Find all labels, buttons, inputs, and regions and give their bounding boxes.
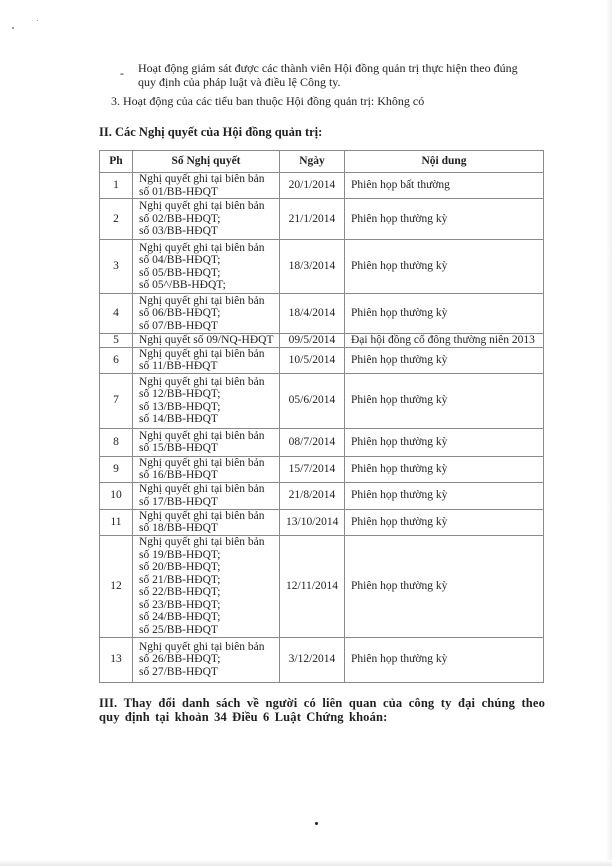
- resolution-date: 20/1/2014: [280, 173, 345, 199]
- table-row: 9Nghị quyết ghi tại biên bảnsố 16/BB-HĐQ…: [100, 456, 544, 482]
- resolution-date: 08/7/2014: [280, 428, 345, 456]
- table-row: 5Nghị quyết số 09/NQ-HĐQT09/5/2014Đại hộ…: [100, 334, 544, 348]
- table-header-row: Ph Số Nghị quyết Ngày Nội dung: [100, 151, 544, 173]
- table-row: 6Nghị quyết ghi tại biên bảnsố 11/BB-HĐQ…: [100, 347, 544, 373]
- row-number: 6: [100, 347, 133, 373]
- resolution-content: Phiên họp thường kỳ: [345, 294, 544, 334]
- row-number: 13: [100, 637, 133, 682]
- resolution-line: Nghị quyết ghi tại biên bản: [139, 376, 273, 389]
- resolution-line: Nghị quyết ghi tại biên bản: [139, 641, 273, 654]
- page-edge-right: [606, 0, 612, 866]
- resolution-date: 18/3/2014: [280, 240, 345, 294]
- resolution-numbers: Nghị quyết ghi tại biên bảnsố 06/BB-HĐQT…: [133, 294, 280, 334]
- resolution-line: Nghị quyết ghi tại biên bản: [139, 510, 273, 523]
- resolution-line: số 05^/BB-HĐQT;: [139, 279, 273, 292]
- resolution-content: Phiên họp thường kỳ: [345, 637, 544, 682]
- resolution-line: Nghị quyết ghi tại biên bản: [139, 295, 273, 308]
- header-date: Ngày: [280, 151, 345, 173]
- resolution-date: 13/10/2014: [280, 509, 345, 535]
- table-row: 13Nghị quyết ghi tại biên bảnsố 26/BB-HĐ…: [100, 637, 544, 682]
- resolution-content: Phiên họp thường kỳ: [345, 240, 544, 294]
- resolution-line: Nghị quyết số 09/NQ-HĐQT: [139, 334, 273, 347]
- resolution-line: Nghị quyết ghi tại biên bản: [139, 457, 273, 470]
- resolution-numbers: Nghị quyết ghi tại biên bảnsố 11/BB-HĐQT: [133, 347, 280, 373]
- resolution-numbers: Nghị quyết số 09/NQ-HĐQT: [133, 334, 280, 348]
- resolutions-table: Ph Số Nghị quyết Ngày Nội dung 1Nghị quy…: [99, 150, 544, 683]
- table-row: 8Nghị quyết ghi tại biên bảnsố 15/BB-HĐQ…: [100, 428, 544, 456]
- resolution-content: Phiên họp thường kỳ: [345, 199, 544, 240]
- resolution-line: số 06/BB-HĐQT;: [139, 307, 273, 320]
- resolution-date: 21/1/2014: [280, 199, 345, 240]
- resolution-numbers: Nghị quyết ghi tại biên bảnsố 26/BB-HĐQT…: [133, 637, 280, 682]
- resolution-line: số 14/BB-HĐQT: [139, 413, 273, 426]
- resolution-line: số 24/BB-HĐQT;: [139, 611, 273, 624]
- resolution-line: số 21/BB-HĐQT;: [139, 574, 273, 587]
- resolution-numbers: Nghị quyết ghi tại biên bảnsố 17/BB-HĐQT: [133, 482, 280, 509]
- resolution-numbers: Nghị quyết ghi tại biên bảnsố 02/BB-HĐQT…: [133, 199, 280, 240]
- row-number: 3: [100, 240, 133, 294]
- resolution-date: 09/5/2014: [280, 334, 345, 348]
- resolution-content: Phiên họp thường kỳ: [345, 482, 544, 509]
- row-number: 11: [100, 509, 133, 535]
- resolution-numbers: Nghị quyết ghi tại biên bảnsố 15/BB-HĐQT: [133, 428, 280, 456]
- row-number: 12: [100, 535, 133, 637]
- resolution-line: số 03/BB-HĐQT: [139, 225, 273, 238]
- resolution-line: số 27/BB-HĐQT: [139, 666, 273, 679]
- bullet-line: quy định của pháp luật và điều lệ Công t…: [138, 75, 518, 89]
- bullet-line: Hoạt động giám sát được các thành viên H…: [138, 61, 518, 75]
- item-3-committees: 3. Hoạt động của các tiểu ban thuộc Hội …: [111, 94, 424, 108]
- table-row: 3Nghị quyết ghi tại biên bảnsố 04/BB-HĐQ…: [100, 240, 544, 294]
- resolution-content: Phiên họp thường kỳ: [345, 535, 544, 637]
- row-number: 10: [100, 482, 133, 509]
- resolution-line: số 22/BB-HĐQT;: [139, 586, 273, 599]
- resolution-date: 21/8/2014: [280, 482, 345, 509]
- header-no: Ph: [100, 151, 133, 173]
- resolution-line: số 02/BB-HĐQT;: [139, 213, 273, 226]
- resolution-date: 12/11/2014: [280, 535, 345, 637]
- resolution-content: Phiên họp thường kỳ: [345, 456, 544, 482]
- resolution-date: 3/12/2014: [280, 637, 345, 682]
- row-number: 2: [100, 199, 133, 240]
- resolution-numbers: Nghị quyết ghi tại biên bảnsố 16/BB-HĐQT: [133, 456, 280, 482]
- resolution-line: số 23/BB-HĐQT;: [139, 599, 273, 612]
- section-3-heading: III. Thay đổi danh sách về người có liên…: [99, 696, 545, 724]
- resolution-line: số 15/BB-HĐQT: [139, 442, 273, 455]
- table-row: 10Nghị quyết ghi tại biên bảnsố 17/BB-HĐ…: [100, 482, 544, 509]
- resolution-line: số 18/BB-HĐQT: [139, 522, 273, 535]
- resolution-line: số 12/BB-HĐQT;: [139, 388, 273, 401]
- resolution-line: số 11/BB-HĐQT: [139, 360, 273, 373]
- table-row: 1Nghị quyết ghi tại biên bảnsố 01/BB-HĐQ…: [100, 173, 544, 199]
- resolution-numbers: Nghị quyết ghi tại biên bảnsố 18/BB-HĐQT: [133, 509, 280, 535]
- bullet-paragraph: Hoạt động giám sát được các thành viên H…: [138, 61, 518, 89]
- row-number: 4: [100, 294, 133, 334]
- resolution-content: Phiên họp bất thường: [345, 173, 544, 199]
- table-row: 12Nghị quyết ghi tại biên bảnsố 19/BB-HĐ…: [100, 535, 544, 637]
- table-row: 7Nghị quyết ghi tại biên bảnsố 12/BB-HĐQ…: [100, 373, 544, 428]
- resolution-line: Nghị quyết ghi tại biên bản: [139, 173, 273, 186]
- page-edge-bottom: [0, 860, 612, 866]
- scan-speck: [37, 20, 38, 21]
- row-number: 9: [100, 456, 133, 482]
- resolution-line: Nghị quyết ghi tại biên bản: [139, 536, 273, 549]
- resolution-content: Phiên họp thường kỳ: [345, 428, 544, 456]
- resolution-line: số 13/BB-HĐQT;: [139, 401, 273, 414]
- resolution-line: số 04/BB-HĐQT;: [139, 254, 273, 267]
- resolution-line: Nghị quyết ghi tại biên bản: [139, 242, 273, 255]
- header-content: Nội dung: [345, 151, 544, 173]
- resolution-line: số 26/BB-HĐQT;: [139, 653, 273, 666]
- table-body: 1Nghị quyết ghi tại biên bảnsố 01/BB-HĐQ…: [100, 173, 544, 683]
- resolution-line: số 16/BB-HĐQT: [139, 469, 273, 482]
- row-number: 7: [100, 373, 133, 428]
- resolution-content: Phiên họp thường kỳ: [345, 347, 544, 373]
- resolution-line: số 20/BB-HĐQT;: [139, 561, 273, 574]
- scan-speck: [12, 27, 14, 29]
- resolution-numbers: Nghị quyết ghi tại biên bảnsố 19/BB-HĐQT…: [133, 535, 280, 637]
- row-number: 1: [100, 173, 133, 199]
- header-resolution-number: Số Nghị quyết: [133, 151, 280, 173]
- section-2-heading: II. Các Nghị quyết của Hội đồng quản trị…: [99, 125, 322, 139]
- resolution-line: số 07/BB-HĐQT: [139, 320, 273, 333]
- resolution-date: 05/6/2014: [280, 373, 345, 428]
- resolution-line: Nghị quyết ghi tại biên bản: [139, 483, 273, 496]
- table-row: 4Nghị quyết ghi tại biên bảnsố 06/BB-HĐQ…: [100, 294, 544, 334]
- resolution-numbers: Nghị quyết ghi tại biên bảnsố 12/BB-HĐQT…: [133, 373, 280, 428]
- resolution-date: 10/5/2014: [280, 347, 345, 373]
- scan-speck: [315, 822, 318, 825]
- row-number: 8: [100, 428, 133, 456]
- resolution-line: Nghị quyết ghi tại biên bản: [139, 348, 273, 361]
- resolution-line: Nghị quyết ghi tại biên bản: [139, 200, 273, 213]
- bullet-marker: -: [120, 66, 124, 81]
- resolution-line: số 05/BB-HĐQT;: [139, 267, 273, 280]
- resolution-date: 15/7/2014: [280, 456, 345, 482]
- row-number: 5: [100, 334, 133, 348]
- resolution-line: số 25/BB-HĐQT: [139, 624, 273, 637]
- table-row: 2Nghị quyết ghi tại biên bảnsố 02/BB-HĐQ…: [100, 199, 544, 240]
- resolution-line: Nghị quyết ghi tại biên bản: [139, 430, 273, 443]
- resolution-numbers: Nghị quyết ghi tại biên bảnsố 01/BB-HĐQT: [133, 173, 280, 199]
- resolution-date: 18/4/2014: [280, 294, 345, 334]
- resolution-content: Phiên họp thường kỳ: [345, 509, 544, 535]
- resolution-line: số 01/BB-HĐQT: [139, 186, 273, 199]
- resolution-line: số 19/BB-HĐQT;: [139, 549, 273, 562]
- resolution-content: Phiên họp thường kỳ: [345, 373, 544, 428]
- table-row: 11Nghị quyết ghi tại biên bảnsố 18/BB-HĐ…: [100, 509, 544, 535]
- resolution-line: số 17/BB-HĐQT: [139, 496, 273, 509]
- resolution-numbers: Nghị quyết ghi tại biên bảnsố 04/BB-HĐQT…: [133, 240, 280, 294]
- resolution-content: Đại hội đồng cổ đông thường niên 2013: [345, 334, 544, 348]
